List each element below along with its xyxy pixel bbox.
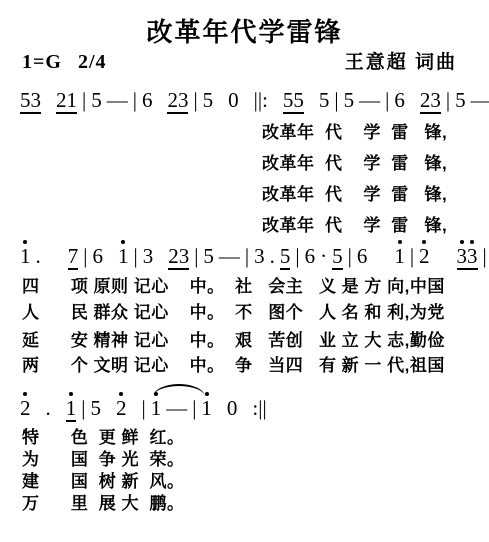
octave-dot-icon	[23, 392, 27, 396]
barline: |	[245, 246, 249, 267]
note: 5	[91, 90, 102, 111]
note: 5	[203, 90, 214, 111]
note-digit: 3	[467, 246, 478, 267]
composer-credit: 王意超 词曲	[345, 47, 457, 74]
barline: |	[133, 246, 137, 267]
note-digit: 1	[118, 246, 129, 267]
tie-group: 1—|1	[151, 398, 217, 419]
dash-note: —	[219, 246, 240, 267]
verse-lyric-row: 两 个 文明 记心 中。 争 当四 有 新 一 代,祖国	[22, 351, 445, 376]
note: 1	[66, 398, 77, 422]
note: 53	[20, 90, 41, 114]
barline: |	[348, 246, 352, 267]
barline: |	[141, 398, 145, 419]
note: 7	[68, 246, 79, 270]
note-digit: 1	[66, 398, 77, 419]
note: 5	[319, 90, 330, 111]
note-digit: 2	[419, 246, 430, 267]
octave-dot-icon	[119, 392, 123, 396]
notation-line-verse: 1.7|61|323|5—|3.5|6·5|61|233|	[20, 246, 489, 270]
note: 1	[394, 246, 405, 267]
note-digit: 3	[457, 246, 468, 267]
barline: |	[194, 246, 198, 267]
key-signature: 1=G	[22, 51, 62, 73]
note: 6	[92, 246, 103, 267]
augmentation-dot: .	[36, 246, 41, 267]
dash-note: —	[471, 90, 489, 111]
note: 23	[167, 90, 188, 114]
rest-note: 0	[227, 398, 238, 419]
barline: |	[483, 246, 487, 267]
note-digit: 2	[20, 398, 31, 419]
note-digit: 1	[20, 246, 31, 267]
augmentation-dot: ·	[320, 246, 327, 267]
note: 2	[419, 246, 430, 267]
notation-line-coda: 2.1|52|1—|10:||	[20, 398, 272, 422]
note: 5	[90, 398, 101, 419]
dash-note: —	[166, 398, 187, 419]
notation-line-intro: 5321|5—|623|50||:555|5—|623|5—|	[20, 90, 489, 114]
dash-note: —	[359, 90, 380, 111]
note: 1	[201, 398, 212, 419]
coda-lyric-row: 万 里 展 大 鹏。	[22, 489, 184, 514]
note: 6	[305, 246, 316, 267]
barline: |	[334, 90, 338, 111]
note: 55	[283, 90, 304, 114]
song-title: 改革年代学雷锋	[0, 12, 489, 49]
note: 5	[344, 90, 355, 111]
barline: |	[192, 398, 196, 419]
barline: |	[446, 90, 450, 111]
octave-dot-icon	[23, 240, 27, 244]
octave-dot-icon	[422, 240, 426, 244]
barline: |	[133, 90, 137, 111]
note-digit: 1	[394, 246, 405, 267]
note: 33	[457, 246, 478, 270]
note-digit: 1	[201, 398, 212, 419]
note: 5	[332, 246, 343, 270]
verse-lyric-row: 延 安 精神 记心 中。 艰 苦创 业 立 大 志,勤俭	[22, 326, 445, 351]
key-time-signature: 1=G2/4	[22, 51, 107, 74]
octave-dot-icon	[121, 240, 125, 244]
barline: ||:	[254, 90, 268, 111]
time-signature: 2/4	[78, 51, 107, 73]
note: 5	[280, 246, 291, 270]
octave-dot-icon	[398, 240, 402, 244]
sheet-music-page: 改革年代学雷锋 1=G2/4 王意超 词曲 5321|5—|623|50||:5…	[0, 0, 489, 542]
note: 1	[118, 246, 129, 267]
note: 23	[168, 246, 189, 270]
verse-lyric-row: 人 民 群众 记心 中。 不 图个 人 名 和 利,为党	[22, 298, 445, 323]
note: 3	[254, 246, 265, 267]
barline: |	[193, 90, 197, 111]
note: 3	[143, 246, 154, 267]
note: 6	[394, 90, 405, 111]
note: 1	[151, 398, 162, 419]
note-digit: 1	[151, 398, 162, 419]
note: 6	[142, 90, 153, 111]
refrain-lyric-row: 改革年 代 学 雷 锋,	[262, 180, 447, 205]
octave-dot-icon	[154, 392, 158, 396]
note: 1	[20, 246, 31, 267]
dash-note: —	[107, 90, 128, 111]
barline: |	[410, 246, 414, 267]
note-digit: 2	[116, 398, 127, 419]
score-meta-row: 1=G2/4 王意超 词曲	[22, 47, 457, 74]
augmentation-dot: .	[270, 246, 275, 267]
refrain-lyric-row: 改革年 代 学 雷 锋,	[262, 211, 447, 236]
verse-lyric-row: 四 项 原则 记心 中。 社 会主 义 是 方 向,中国	[22, 272, 445, 297]
barline: |	[83, 246, 87, 267]
note: 6	[357, 246, 368, 267]
augmentation-dot: .	[46, 398, 51, 419]
barline: |	[81, 398, 85, 419]
barline: |	[82, 90, 86, 111]
note: 2	[20, 398, 31, 419]
octave-dot-icon	[205, 392, 209, 396]
note: 21	[56, 90, 77, 114]
note: 5	[203, 246, 214, 267]
rest-note: 0	[228, 90, 239, 111]
barline: |	[385, 90, 389, 111]
refrain-lyric-row: 改革年 代 学 雷 锋,	[262, 149, 447, 174]
octave-dot-icon	[460, 240, 464, 244]
barline: |	[295, 246, 299, 267]
refrain-lyric-row: 改革年 代 学 雷 锋,	[262, 118, 447, 143]
note: 2	[116, 398, 127, 419]
note: 5	[455, 90, 466, 111]
note: 23	[420, 90, 441, 114]
octave-dot-icon	[69, 392, 73, 396]
barline: :||	[252, 398, 266, 419]
octave-dot-icon	[470, 240, 474, 244]
